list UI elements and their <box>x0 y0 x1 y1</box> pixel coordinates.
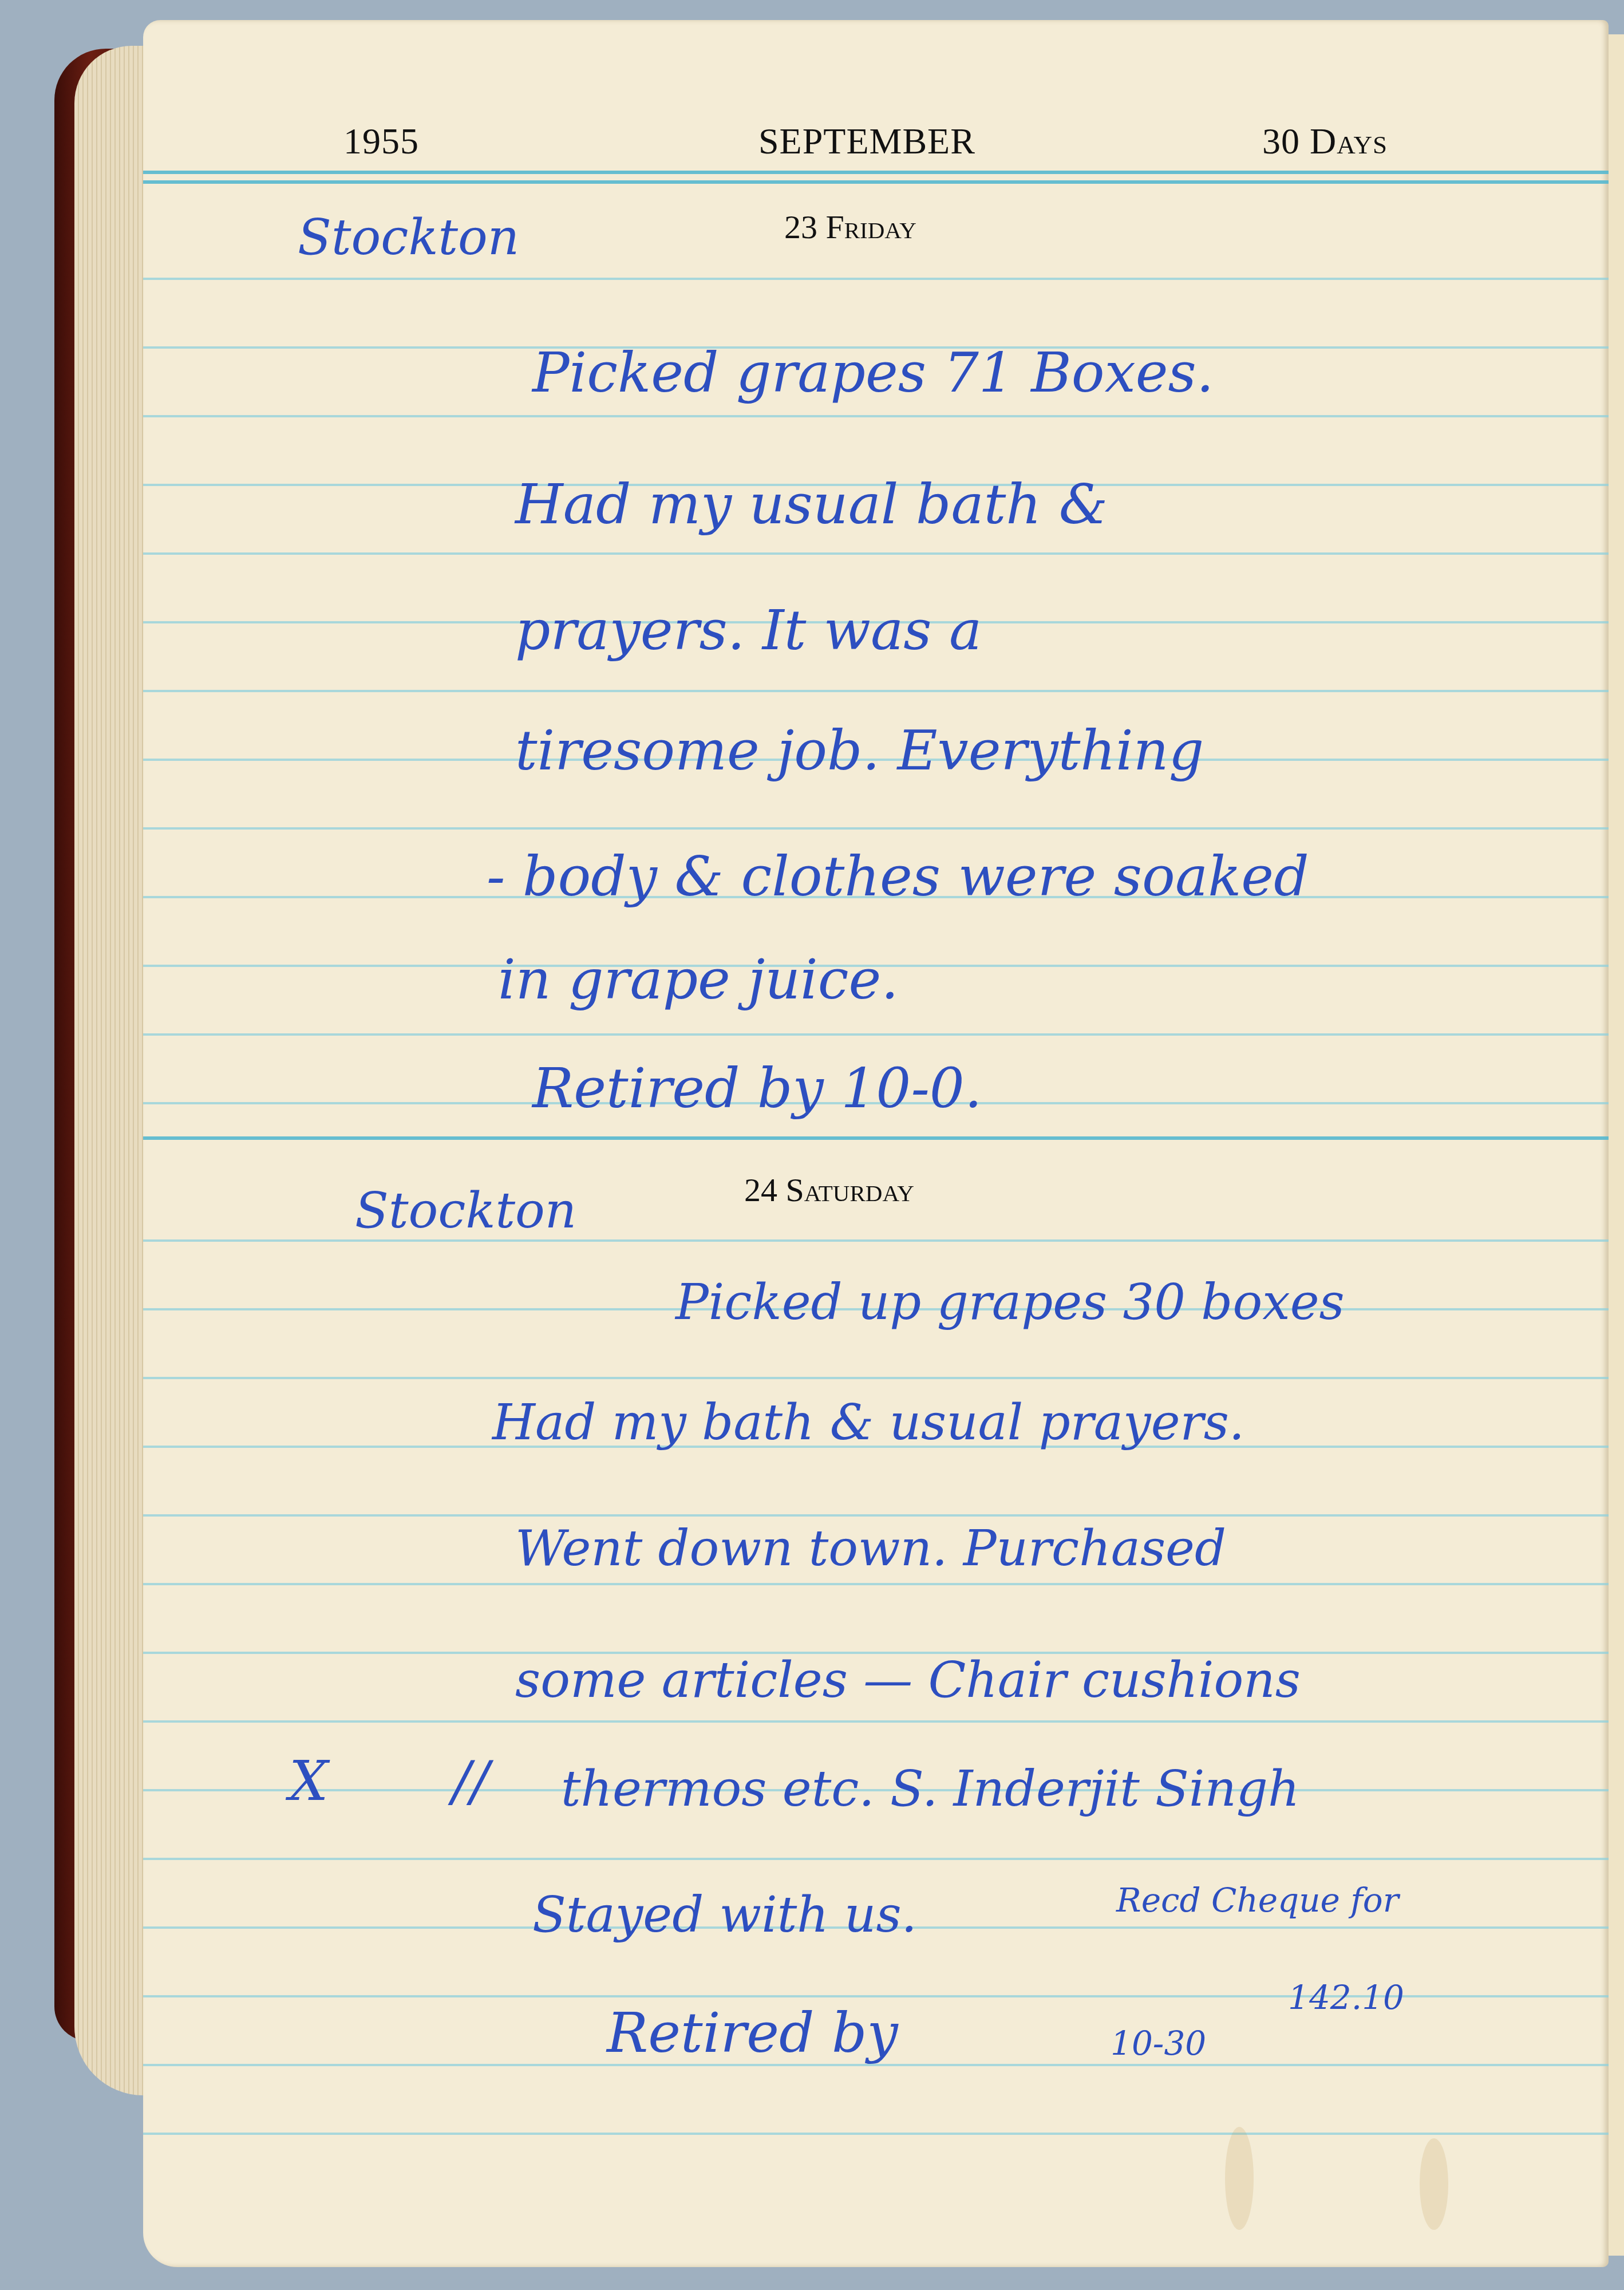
entry-line: - body & clothes were soaked <box>487 844 1309 909</box>
ruled-line <box>143 1377 1609 1379</box>
diary-page: 1955 SEPTEMBER 30 Days 23 Friday Stockto… <box>143 20 1609 2267</box>
entry-line: Had my bath & usual prayers. <box>492 1394 1244 1451</box>
paper-stain <box>1225 2127 1254 2230</box>
day-heading-saturday: 24 Saturday <box>744 1171 914 1209</box>
days-in-month-label: 30 Days <box>1262 120 1388 163</box>
ruled-line <box>143 1033 1609 1036</box>
header-rule <box>143 180 1609 184</box>
header-rule <box>143 171 1609 174</box>
ruled-line <box>143 1239 1609 1242</box>
retired-time: 10-30 <box>1111 2024 1206 2063</box>
margin-x-mark: X <box>289 1749 328 1813</box>
entry-line: Retired by 10-0. <box>532 1056 982 1120</box>
year-label: 1955 <box>343 120 419 163</box>
ruled-line <box>143 827 1609 830</box>
entry-line: Had my usual bath & <box>515 472 1108 536</box>
entry-line: Went down town. Purchased <box>515 1520 1226 1577</box>
ruled-line <box>143 415 1609 417</box>
ruled-line <box>143 1583 1609 1585</box>
location-note: Stockton <box>298 209 519 266</box>
entry-line: tiresome job. Everything <box>515 718 1204 783</box>
day-heading-friday: 23 Friday <box>784 208 916 246</box>
entry-line: Retired by <box>607 2001 898 2065</box>
entry-line: some articles — Chair cushions <box>515 1652 1301 1709</box>
location-note: Stockton <box>355 1182 576 1239</box>
ruled-line <box>143 552 1609 555</box>
entry-line: Picked grapes 71 Boxes. <box>532 341 1214 405</box>
entry-line: Stayed with us. <box>532 1886 917 1944</box>
ruled-line <box>143 1858 1609 1860</box>
entry-line: Picked up grapes 30 boxes <box>675 1274 1345 1331</box>
entry-line: thermos etc. S. Inderjit Singh <box>561 1760 1299 1818</box>
ruled-line <box>143 278 1609 280</box>
paper-stain <box>1420 2138 1448 2230</box>
month-label: SEPTEMBER <box>758 120 975 163</box>
margin-double-bar-mark: // <box>452 1749 489 1813</box>
cheque-note: Recd Cheque for <box>1116 1881 1398 1920</box>
ruled-line <box>143 1720 1609 1723</box>
entry-line: prayers. It was a <box>515 598 982 662</box>
ruled-line <box>143 690 1609 692</box>
ruled-line <box>143 1514 1609 1517</box>
ruled-line <box>143 2133 1609 2135</box>
day-separator-rule <box>143 1136 1609 1140</box>
cheque-amount: 142.10 <box>1288 1978 1404 2017</box>
entry-line: in grape juice. <box>498 947 899 1012</box>
